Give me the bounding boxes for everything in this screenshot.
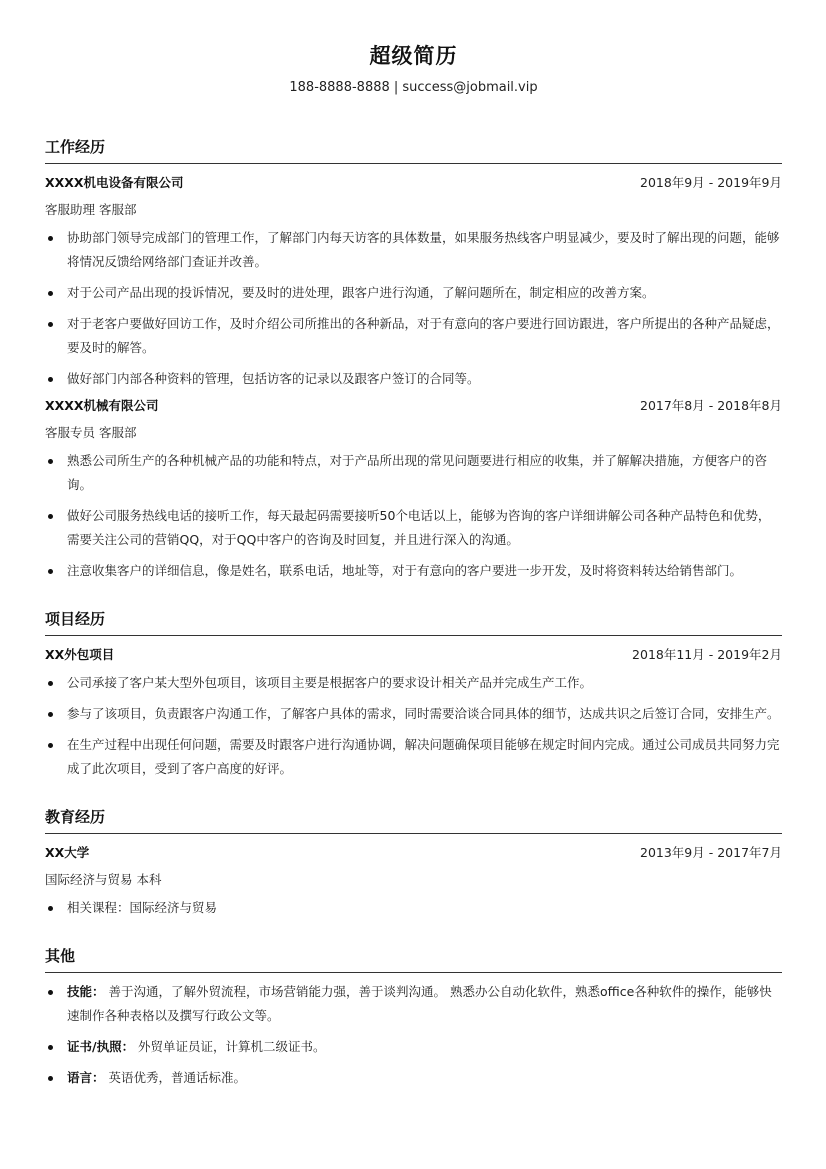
list-item: 对于老客户要做好回访工作，及时介绍公司所推出的各种新品，对于有意向的客户要进行回…: [45, 312, 782, 360]
bullet-icon: [48, 377, 53, 382]
work-entry: XXXX机电设备有限公司 2018年9月 - 2019年9月 客服助理 客服部 …: [45, 174, 782, 391]
bullet-list: 相关课程：国际经济与贸易: [45, 896, 782, 920]
list-item: 做好部门内部各种资料的管理，包括访客的记录以及跟客户签订的合同等。: [45, 367, 782, 391]
certificates-text: 外贸单证员证，计算机二级证书。: [134, 1039, 325, 1054]
list-item: 对于公司产品出现的投诉情况，要及时的进处理，跟客户进行沟通，了解问题所在，制定相…: [45, 281, 782, 305]
bullet-icon: [48, 990, 53, 995]
job-role: 客服专员 客服部: [45, 424, 782, 442]
bullet-list: 协助部门领导完成部门的管理工作，了解部门内每天访客的具体数量，如果服务热线客户明…: [45, 226, 782, 391]
section-other: 其他 技能： 善于沟通，了解外贸流程，市场营销能力强，善于谈判沟通。 熟悉办公自…: [45, 946, 782, 1090]
certificates-label: 证书/执照：: [67, 1039, 134, 1054]
section-title: 项目经历: [45, 609, 782, 636]
bullet-icon: [48, 1045, 53, 1050]
entry-header: XXXX机械有限公司 2017年8月 - 2018年8月: [45, 397, 782, 415]
date-range: 2018年11月 - 2019年2月: [632, 646, 782, 664]
list-item: 做好公司服务热线电话的接听工作，每天最起码需要接听50个电话以上，能够为咨询的客…: [45, 504, 782, 552]
bullet-list: 技能： 善于沟通，了解外贸流程，市场营销能力强，善于谈判沟通。 熟悉办公自动化软…: [45, 980, 782, 1090]
list-item: 注意收集客户的详细信息，像是姓名，联系电话，地址等，对于有意向的客户要进一步开发…: [45, 559, 782, 583]
resume-page: 超级简历 188-8888-8888 | success@jobmail.vip…: [45, 0, 782, 1090]
bullet-icon: [48, 514, 53, 519]
bullet-icon: [48, 291, 53, 296]
bullet-icon: [48, 906, 53, 911]
entry-header: XX大学 2013年9月 - 2017年7月: [45, 844, 782, 862]
section-education: 教育经历 XX大学 2013年9月 - 2017年7月 国际经济与贸易 本科 相…: [45, 807, 782, 920]
languages-label: 语言：: [67, 1070, 105, 1085]
bullet-icon: [48, 236, 53, 241]
company-name: XXXX机电设备有限公司: [45, 174, 184, 192]
list-item-languages: 语言： 英语优秀，普通话标准。: [45, 1066, 782, 1090]
bullet-icon: [48, 681, 53, 686]
list-item: 在生产过程中出现任何问题，需要及时跟客户进行沟通协调，解决问题确保项目能够在规定…: [45, 733, 782, 781]
section-work-experience: 工作经历 XXXX机电设备有限公司 2018年9月 - 2019年9月 客服助理…: [45, 137, 782, 583]
major-degree: 国际经济与贸易 本科: [45, 871, 782, 889]
list-item-skills: 技能： 善于沟通，了解外贸流程，市场营销能力强，善于谈判沟通。 熟悉办公自动化软…: [45, 980, 782, 1028]
job-role: 客服助理 客服部: [45, 201, 782, 219]
date-range: 2013年9月 - 2017年7月: [640, 844, 782, 862]
company-name: XXXX机械有限公司: [45, 397, 159, 415]
date-range: 2018年9月 - 2019年9月: [640, 174, 782, 192]
bullet-list: 熟悉公司所生产的各种机械产品的功能和特点，对于产品所出现的常见问题要进行相应的收…: [45, 449, 782, 583]
list-item: 公司承接了客户某大型外包项目，该项目主要是根据客户的要求设计相关产品并完成生产工…: [45, 671, 782, 695]
skills-text: 善于沟通，了解外贸流程，市场营销能力强，善于谈判沟通。 熟悉办公自动化软件，熟悉…: [67, 984, 772, 1023]
entry-header: XX外包项目 2018年11月 - 2019年2月: [45, 646, 782, 664]
project-entry: XX外包项目 2018年11月 - 2019年2月 公司承接了客户某大型外包项目…: [45, 646, 782, 781]
education-entry: XX大学 2013年9月 - 2017年7月 国际经济与贸易 本科 相关课程：国…: [45, 844, 782, 920]
list-item: 协助部门领导完成部门的管理工作，了解部门内每天访客的具体数量，如果服务热线客户明…: [45, 226, 782, 274]
list-item: 相关课程：国际经济与贸易: [45, 896, 782, 920]
list-item-certificates: 证书/执照： 外贸单证员证，计算机二级证书。: [45, 1035, 782, 1059]
section-projects: 项目经历 XX外包项目 2018年11月 - 2019年2月 公司承接了客户某大…: [45, 609, 782, 781]
bullet-icon: [48, 712, 53, 717]
bullet-icon: [48, 743, 53, 748]
school-name: XX大学: [45, 844, 89, 862]
skills-label: 技能：: [67, 984, 105, 999]
bullet-icon: [48, 322, 53, 327]
list-item: 参与了该项目，负责跟客户沟通工作，了解客户具体的需求，同时需要洽谈合同具体的细节…: [45, 702, 782, 726]
work-entry: XXXX机械有限公司 2017年8月 - 2018年8月 客服专员 客服部 熟悉…: [45, 397, 782, 583]
entry-header: XXXX机电设备有限公司 2018年9月 - 2019年9月: [45, 174, 782, 192]
date-range: 2017年8月 - 2018年8月: [640, 397, 782, 415]
bullet-icon: [48, 569, 53, 574]
resume-header: 超级简历 188-8888-8888 | success@jobmail.vip: [45, 0, 782, 97]
section-title: 其他: [45, 946, 782, 973]
bullet-icon: [48, 459, 53, 464]
bullet-icon: [48, 1076, 53, 1081]
project-name: XX外包项目: [45, 646, 114, 664]
list-item: 熟悉公司所生产的各种机械产品的功能和特点，对于产品所出现的常见问题要进行相应的收…: [45, 449, 782, 497]
bullet-list: 公司承接了客户某大型外包项目，该项目主要是根据客户的要求设计相关产品并完成生产工…: [45, 671, 782, 781]
candidate-name: 超级简历: [45, 42, 782, 70]
languages-text: 英语优秀，普通话标准。: [105, 1070, 246, 1085]
section-title: 教育经历: [45, 807, 782, 834]
section-title: 工作经历: [45, 137, 782, 164]
contact-info: 188-8888-8888 | success@jobmail.vip: [45, 79, 782, 97]
